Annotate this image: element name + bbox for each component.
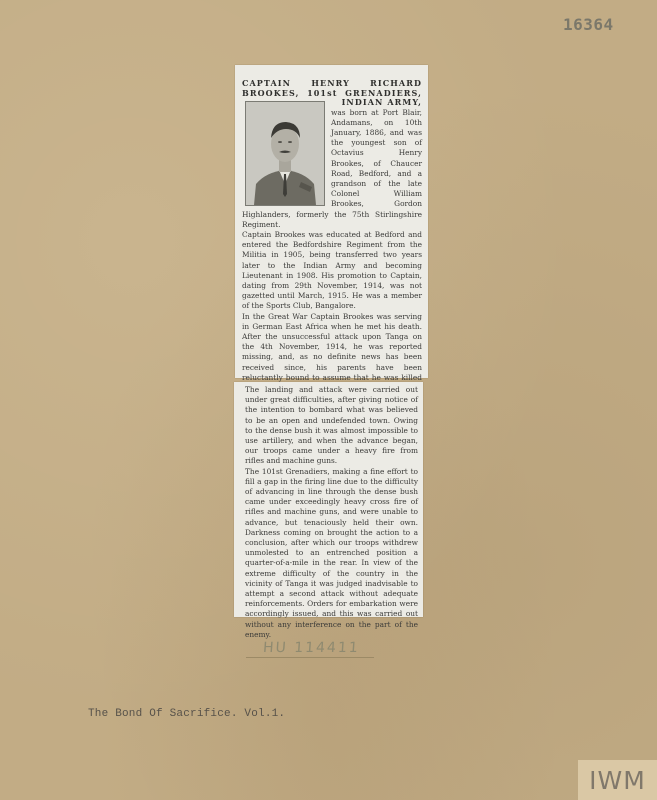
obituary-paragraph-death: In the Great War Captain Brookes was ser… — [242, 312, 422, 394]
pencil-reference-number: HU 114411 — [262, 640, 360, 656]
pencil-underline — [246, 657, 374, 658]
battle-account-clipping: The landing and attack were carried out … — [234, 382, 423, 617]
portrait-photo — [245, 101, 325, 206]
battle-paragraph-grenadiers: The 101st Grenadiers, making a fine effo… — [245, 467, 418, 640]
obituary-clipping: CAPTAIN HENRY RICHARD BROOKES, 101st GRE… — [235, 65, 428, 378]
battle-account-text: The landing and attack were carried out … — [245, 385, 418, 640]
battle-paragraph-landing: The landing and attack were carried out … — [245, 385, 418, 467]
officer-portrait-icon — [246, 102, 324, 205]
iwm-watermark-logo: IWM — [578, 760, 657, 800]
source-caption: The Bond Of Sacrifice. Vol.1. — [88, 708, 285, 720]
obituary-text: CAPTAIN HENRY RICHARD BROOKES, 101st GRE… — [242, 79, 422, 393]
archive-stamp-number: 16364 — [563, 15, 614, 34]
obituary-paragraph-education: Captain Brookes was educated at Bedford … — [242, 230, 422, 312]
